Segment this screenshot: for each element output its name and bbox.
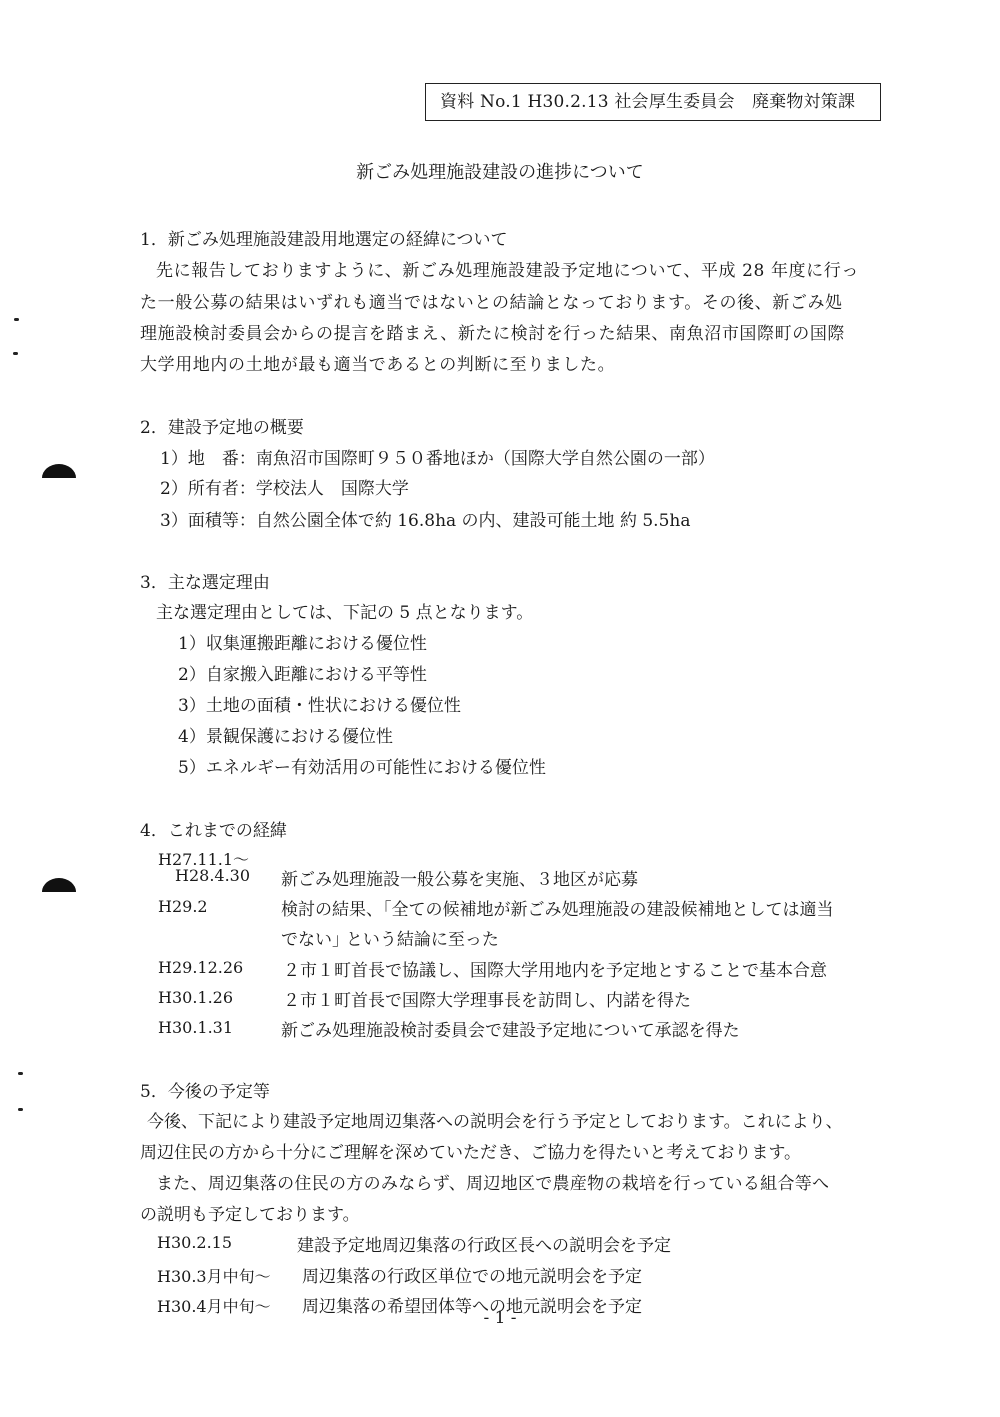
scan-artifact-speck [13, 352, 18, 355]
scan-artifact-hole-mark [42, 878, 76, 892]
section-2-heading: 2．建設予定地の概要 [140, 413, 304, 438]
timeline-text: 検討の結果、｢全ての候補地が新ごみ処理施設の建設候補地としては適当 [281, 895, 834, 920]
section-1-heading: 1．新ごみ処理施設建設用地選定の経緯について [140, 225, 507, 250]
timeline-text: ２市１町首長で協議し、国際大学用地内を予定地とすることで基本合意 [283, 956, 827, 981]
timeline-date: H29.2 [158, 897, 208, 916]
timeline-text: 新ごみ処理施設検討委員会で建設予定地について承認を得た [281, 1016, 740, 1041]
section-5-paragraph-line: 今後、下記により建設予定地周辺集落への説明会を行う予定としております。これにより… [147, 1107, 843, 1132]
scan-artifact-speck [18, 1072, 23, 1075]
section-5-heading: 5．今後の予定等 [140, 1077, 270, 1102]
page-number: - 1 - [0, 1308, 1000, 1328]
document-reference-box: 資料 No.1 H30.2.13 社会厚生委員会 廃棄物対策課 [425, 83, 881, 121]
site-overview-item: 1）地 番：南魚沼市国際町９５０番地ほか（国際大学自然公園の一部） [160, 444, 715, 469]
site-overview-item: 3）面積等：自然公園全体で約 16.8ha の内、建設可能土地 約 5.5ha [160, 506, 691, 531]
section-5-paragraph-line: また、周辺集落の住民の方のみならず、周辺地区で農産物の栽培を行っている組合等へ [156, 1169, 829, 1194]
section-1-paragraph-line: 先に報告しておりますように、新ごみ処理施設建設予定地について、平成 28 年度に… [156, 256, 859, 281]
schedule-date: H30.2.15 [157, 1233, 232, 1252]
section-5-paragraph-line: 周辺住民の方から十分にご理解を深めていただき、ご協力を得たいと考えております。 [140, 1138, 801, 1163]
site-overview-item: 2）所有者：学校法人 国際大学 [160, 474, 409, 499]
selection-reason-item: 1）収集運搬距離における優位性 [178, 629, 427, 654]
section-3-heading: 3．主な選定理由 [140, 568, 270, 593]
timeline-date: H29.12.26 [158, 958, 243, 977]
section-5-paragraph-line: の説明も予定しております。 [140, 1200, 360, 1225]
section-1-paragraph-line: 理施設検討委員会からの提言を踏まえ、新たに検討を行った結果、南魚沼市国際町の国際 [140, 319, 845, 344]
document-title: 新ごみ処理施設建設の進捗について [0, 158, 1000, 184]
selection-reason-item: 2）自家搬入距離における平等性 [178, 660, 427, 685]
scan-artifact-speck [14, 318, 19, 321]
section-1-paragraph-line: 大学用地内の土地が最も適当であるとの判断に至りました。 [140, 350, 615, 375]
timeline-date: H30.1.31 [158, 1018, 233, 1037]
timeline-text: 新ごみ処理施設一般公募を実施、３地区が応募 [281, 865, 638, 890]
selection-reason-item: 5）エネルギー有効活用の可能性における優位性 [178, 753, 546, 778]
section-1-paragraph-line: た一般公募の結果はいずれも適当ではないとの結論となっております。その後、新ごみ処 [140, 288, 843, 313]
schedule-text: 建設予定地周辺集落の行政区長への説明会を予定 [297, 1231, 671, 1256]
section-4-heading: 4．これまでの経緯 [140, 816, 287, 841]
selection-reason-item: 4）景観保護における優位性 [178, 722, 393, 747]
selection-reason-item: 3）土地の面積・性状における優位性 [178, 691, 461, 716]
timeline-text: でない｣ という結論に至った [281, 925, 499, 950]
timeline-date: H28.4.30 [175, 866, 250, 885]
schedule-date: H30.3月中旬～ [157, 1264, 271, 1287]
timeline-date: H30.1.26 [158, 988, 233, 1007]
schedule-text: 周辺集落の行政区単位での地元説明会を予定 [302, 1262, 642, 1287]
section-3-intro: 主な選定理由としては、下記の 5 点となります。 [156, 598, 533, 623]
timeline-text: ２市１町首長で国際大学理事長を訪問し、内諾を得た [283, 986, 691, 1011]
scan-artifact-speck [18, 1108, 23, 1111]
scan-artifact-hole-mark [42, 464, 76, 478]
